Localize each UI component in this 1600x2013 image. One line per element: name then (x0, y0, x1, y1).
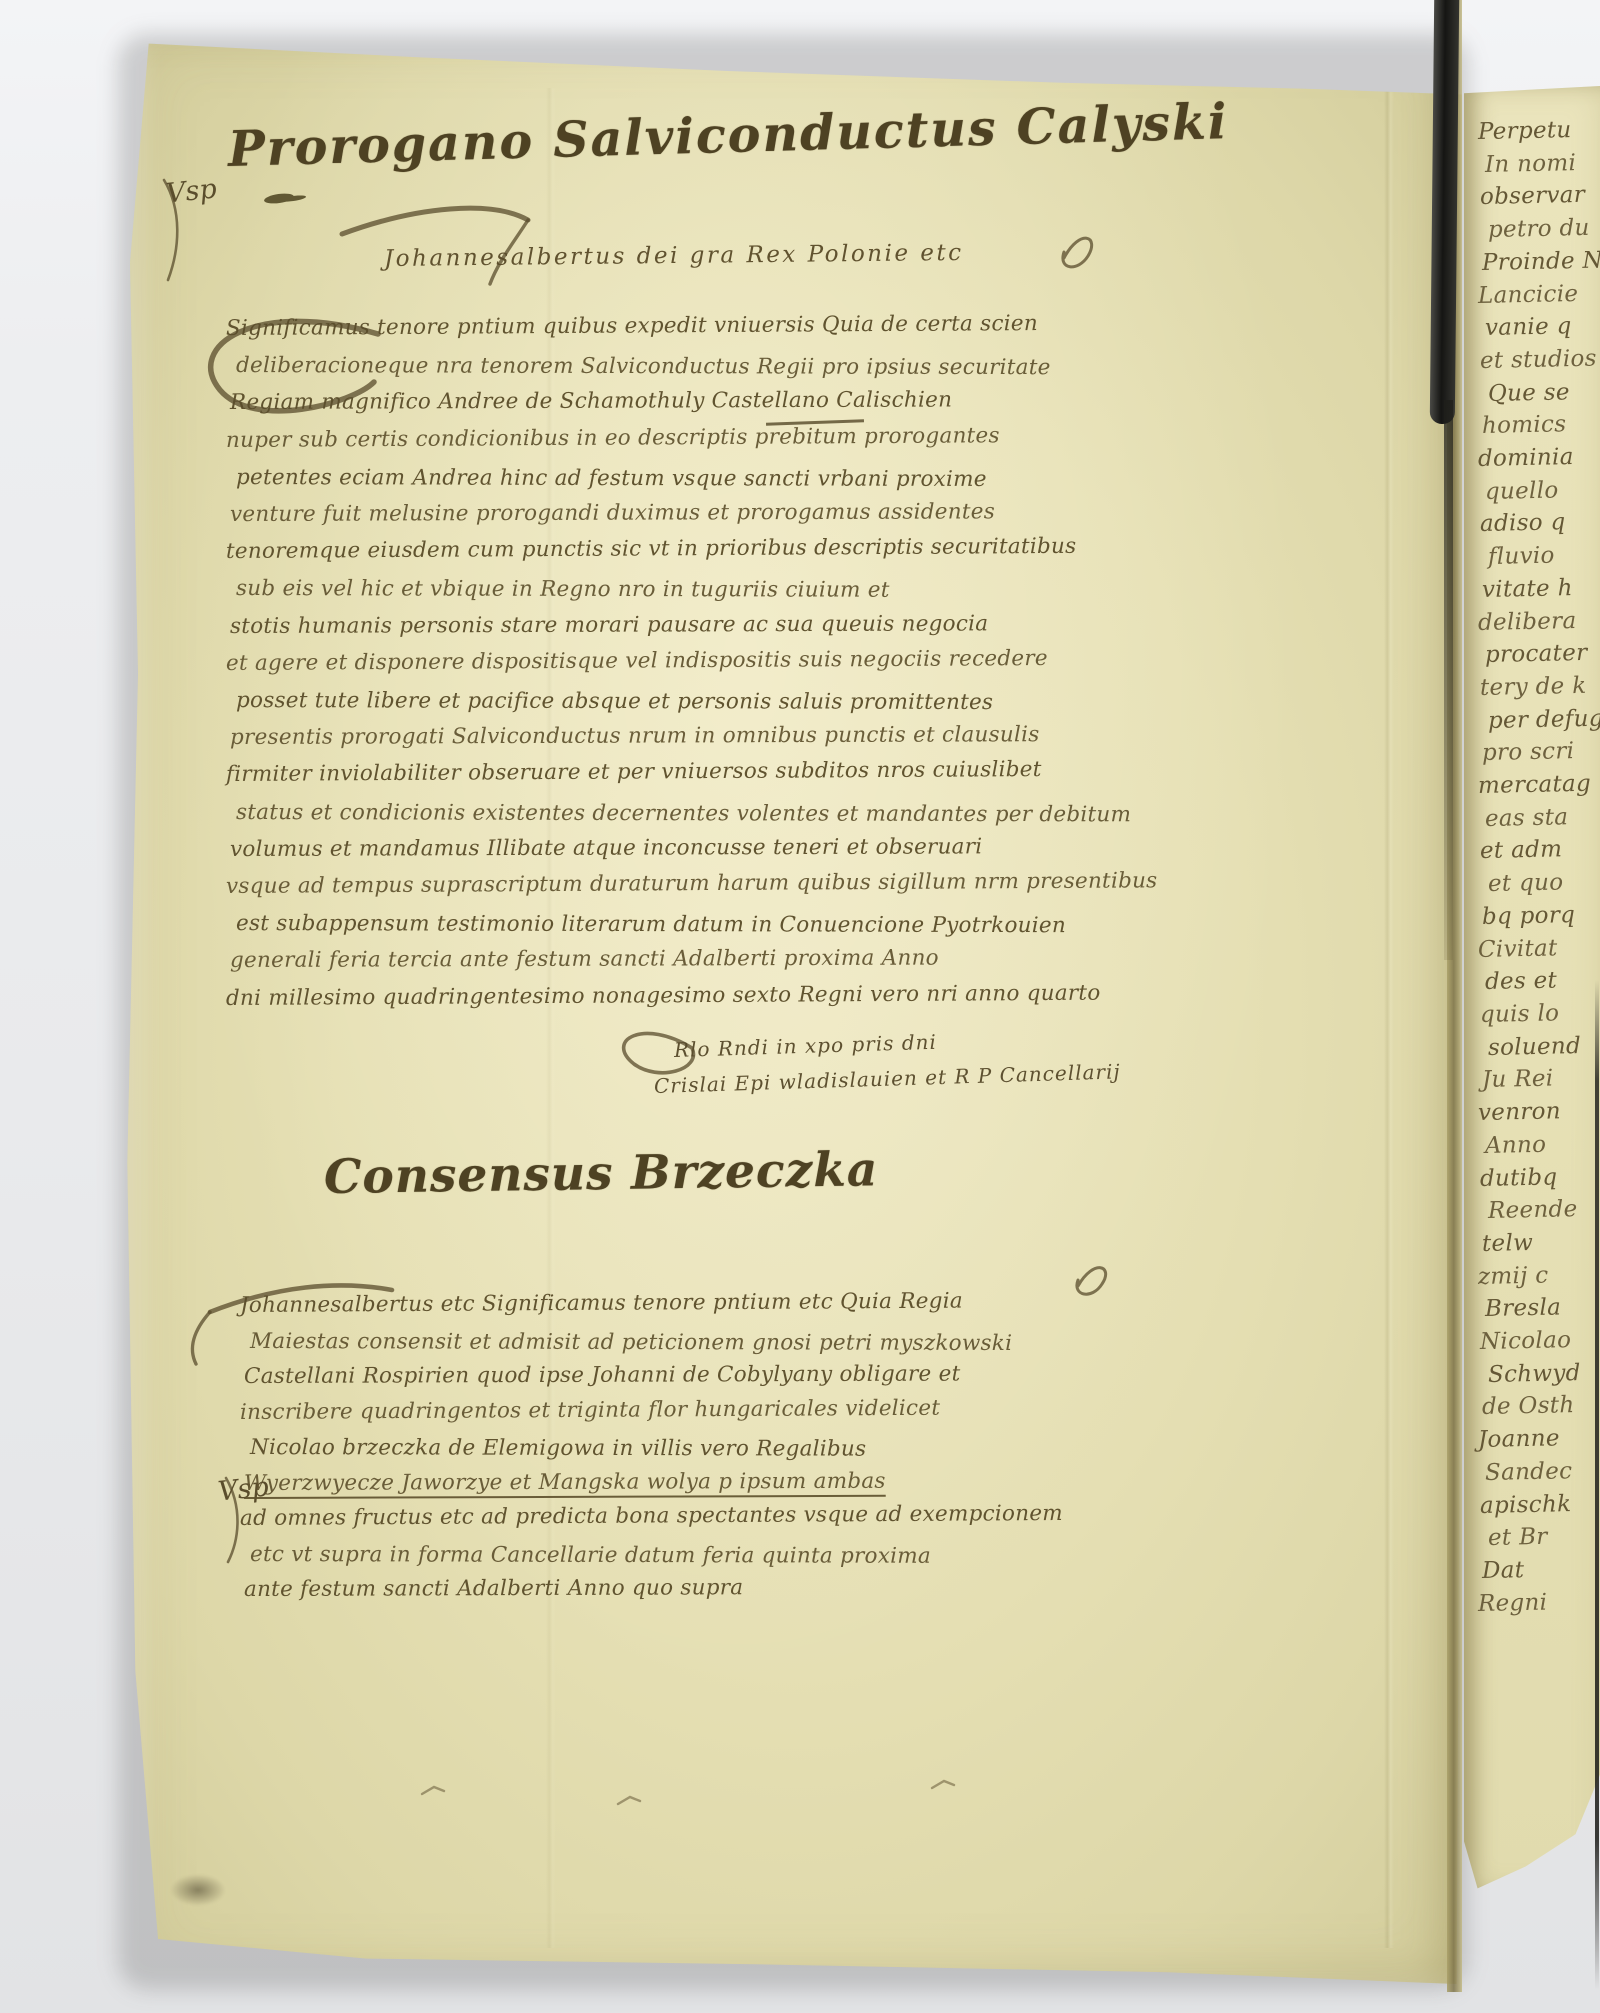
text-line-fragment: mercatag (1478, 766, 1600, 803)
text-line-fragment: et studios (1480, 341, 1600, 378)
text-line: tenoremque eiusdem cum punctis sic vt in… (226, 528, 1124, 571)
text-line-fragment: Que se (1488, 374, 1600, 411)
text-line-fragment: telw (1482, 1224, 1600, 1261)
text-line-fragment: et quo (1488, 864, 1600, 901)
text-line-fragment: Regni (1478, 1583, 1600, 1620)
text-line-fragment: Schwyd (1488, 1355, 1600, 1392)
text-line-fragment: per defug (1488, 701, 1600, 738)
text-line: Significamus tenore pntium quibus expedi… (226, 305, 1124, 348)
margin-note-vsp-1: Vsp (165, 173, 219, 209)
text-line-fragment: Bresla (1485, 1289, 1600, 1326)
text-line-fragment: Lancicie (1478, 275, 1600, 312)
text-line-fragment: quello (1485, 472, 1600, 509)
text-line: Wyerzwyecze Jaworzye et Mangska wolya p … (244, 1462, 1158, 1501)
text-line: volumus et mandamus Illibate atque incon… (230, 828, 1124, 868)
text-line-fragment: et adm (1480, 831, 1600, 868)
text-line-fragment: In nomi (1485, 145, 1600, 182)
ink-blot (264, 192, 295, 205)
text-line-fragment: Ju Rei (1482, 1060, 1600, 1097)
text-line: status et condicionis existentes decerne… (236, 794, 1124, 834)
text-line-fragment: quis lo (1480, 995, 1600, 1032)
text-line: vsque ad tempus suprascriptum duraturum … (226, 863, 1124, 906)
text-line-fragment: procater (1485, 635, 1600, 672)
text-line-fragment: dutibq (1480, 1158, 1600, 1195)
text-line: ad omnes fructus etc ad predicta bona sp… (240, 1495, 1158, 1536)
text-line: ante festum sancti Adalberti Anno quo su… (244, 1569, 1158, 1608)
entry-heading-consensus: Consensus Brzeczka (324, 1142, 879, 1205)
text-line-fragment: venron (1478, 1093, 1600, 1130)
ink-smudge (170, 1874, 226, 1906)
text-line-fragment: de Osth (1482, 1387, 1600, 1424)
text-line-fragment: tery de k (1480, 668, 1600, 705)
text-line-fragment: fluvio (1488, 537, 1600, 574)
left-page: Prorogano Salviconductus Calyski Vsp Joh… (126, 28, 1462, 1984)
text-line: nuper sub certis condicionibus in eo des… (226, 416, 1124, 459)
text-line-fragment: dominia (1478, 439, 1600, 476)
text-line: Nicolao brzeczka de Elemigowa in villis … (250, 1430, 1158, 1468)
text-line: stotis humanis personis stare morari pau… (230, 605, 1124, 645)
relation-note-line-1: Rlo Rndi in xpo pris dni (674, 1030, 938, 1062)
text-line-fragment: Dat (1482, 1551, 1600, 1588)
text-line: Johannesalbertus etc Significamus tenore… (240, 1282, 1158, 1323)
book-edge-line (1595, 980, 1599, 1990)
text-line-fragment: petro du (1488, 210, 1600, 247)
text-line: venture fuit melusine prorogandi duximus… (230, 493, 1124, 533)
paragraph-prorogatio: Significamus tenore pntium quibus expedi… (224, 310, 1124, 1017)
manuscript-photo: Prorogano Salviconductus Calyski Vsp Joh… (0, 0, 1600, 2013)
text-line-fragment: vitate h (1482, 570, 1600, 607)
entry-heading-prorogatio: Prorogano Salviconductus Calyski (227, 92, 1229, 178)
text-line-fragment: zmij c (1478, 1256, 1600, 1293)
text-line-fragment: observar (1480, 177, 1600, 214)
text-line: et agere et disponere dispositisque vel … (226, 639, 1124, 682)
parchment-crease (1384, 88, 1394, 1948)
text-line-fragment: Sandec (1485, 1453, 1600, 1490)
text-line-fragment: pro scri (1482, 733, 1600, 770)
text-line: dni millesimo quadringentesimo nonagesim… (226, 974, 1124, 1017)
text-line-fragment: apischk (1480, 1485, 1600, 1522)
text-line-fragment: vanie q (1485, 308, 1600, 345)
binding-rod-shadow (1444, 400, 1453, 960)
text-line-fragment: des et (1485, 962, 1600, 999)
text-line: inscribere quadringentos et triginta flo… (240, 1389, 1158, 1430)
right-page-text-column: PerpetuIn nomiobservarpetro duProinde NL… (1478, 116, 1600, 1620)
text-line-fragment: eas sta (1485, 799, 1600, 836)
text-line-fragment: Nicolao (1480, 1322, 1600, 1359)
relation-note-line-2: Crislai Epi wladislauien et R P Cancella… (654, 1059, 1121, 1098)
text-line-fragment: homics (1482, 406, 1600, 443)
text-line-fragment: Civitat (1478, 929, 1600, 966)
binding-rod (1430, 0, 1460, 424)
text-line: sub eis vel hic et vbique in Regno nro i… (236, 570, 1124, 610)
text-line: firmiter inviolabiliter obseruare et per… (226, 751, 1124, 794)
text-line-fragment: adiso q (1480, 504, 1600, 541)
text-line-fragment: soluend (1488, 1028, 1600, 1065)
text-line-fragment: Perpetu (1478, 112, 1600, 149)
right-page-fragment: PerpetuIn nomiobservarpetro duProinde NL… (1464, 86, 1600, 1892)
text-line-fragment: delibera (1478, 602, 1600, 639)
text-line-fragment: Joanne (1478, 1420, 1600, 1457)
text-line: Castellani Rospirien quod ipse Johanni d… (244, 1356, 1158, 1395)
text-line: generali feria tercia ante festum sancti… (230, 939, 1124, 979)
text-line: Regiam magnifico Andree de Schamothuly C… (230, 381, 1124, 421)
text-line-fragment: et Br (1488, 1518, 1600, 1555)
paragraph-consensus: Johannesalbertus etc Significamus tenore… (238, 1288, 1158, 1608)
text-line-fragment: Reende (1488, 1191, 1600, 1228)
text-line-fragment: bq porq (1482, 897, 1600, 934)
royal-intitulatio-line: Johannesalbertus dei gra Rex Polonie etc (384, 240, 964, 272)
text-line-fragment: Proinde N (1482, 243, 1600, 280)
text-line-fragment: Anno (1485, 1126, 1600, 1163)
